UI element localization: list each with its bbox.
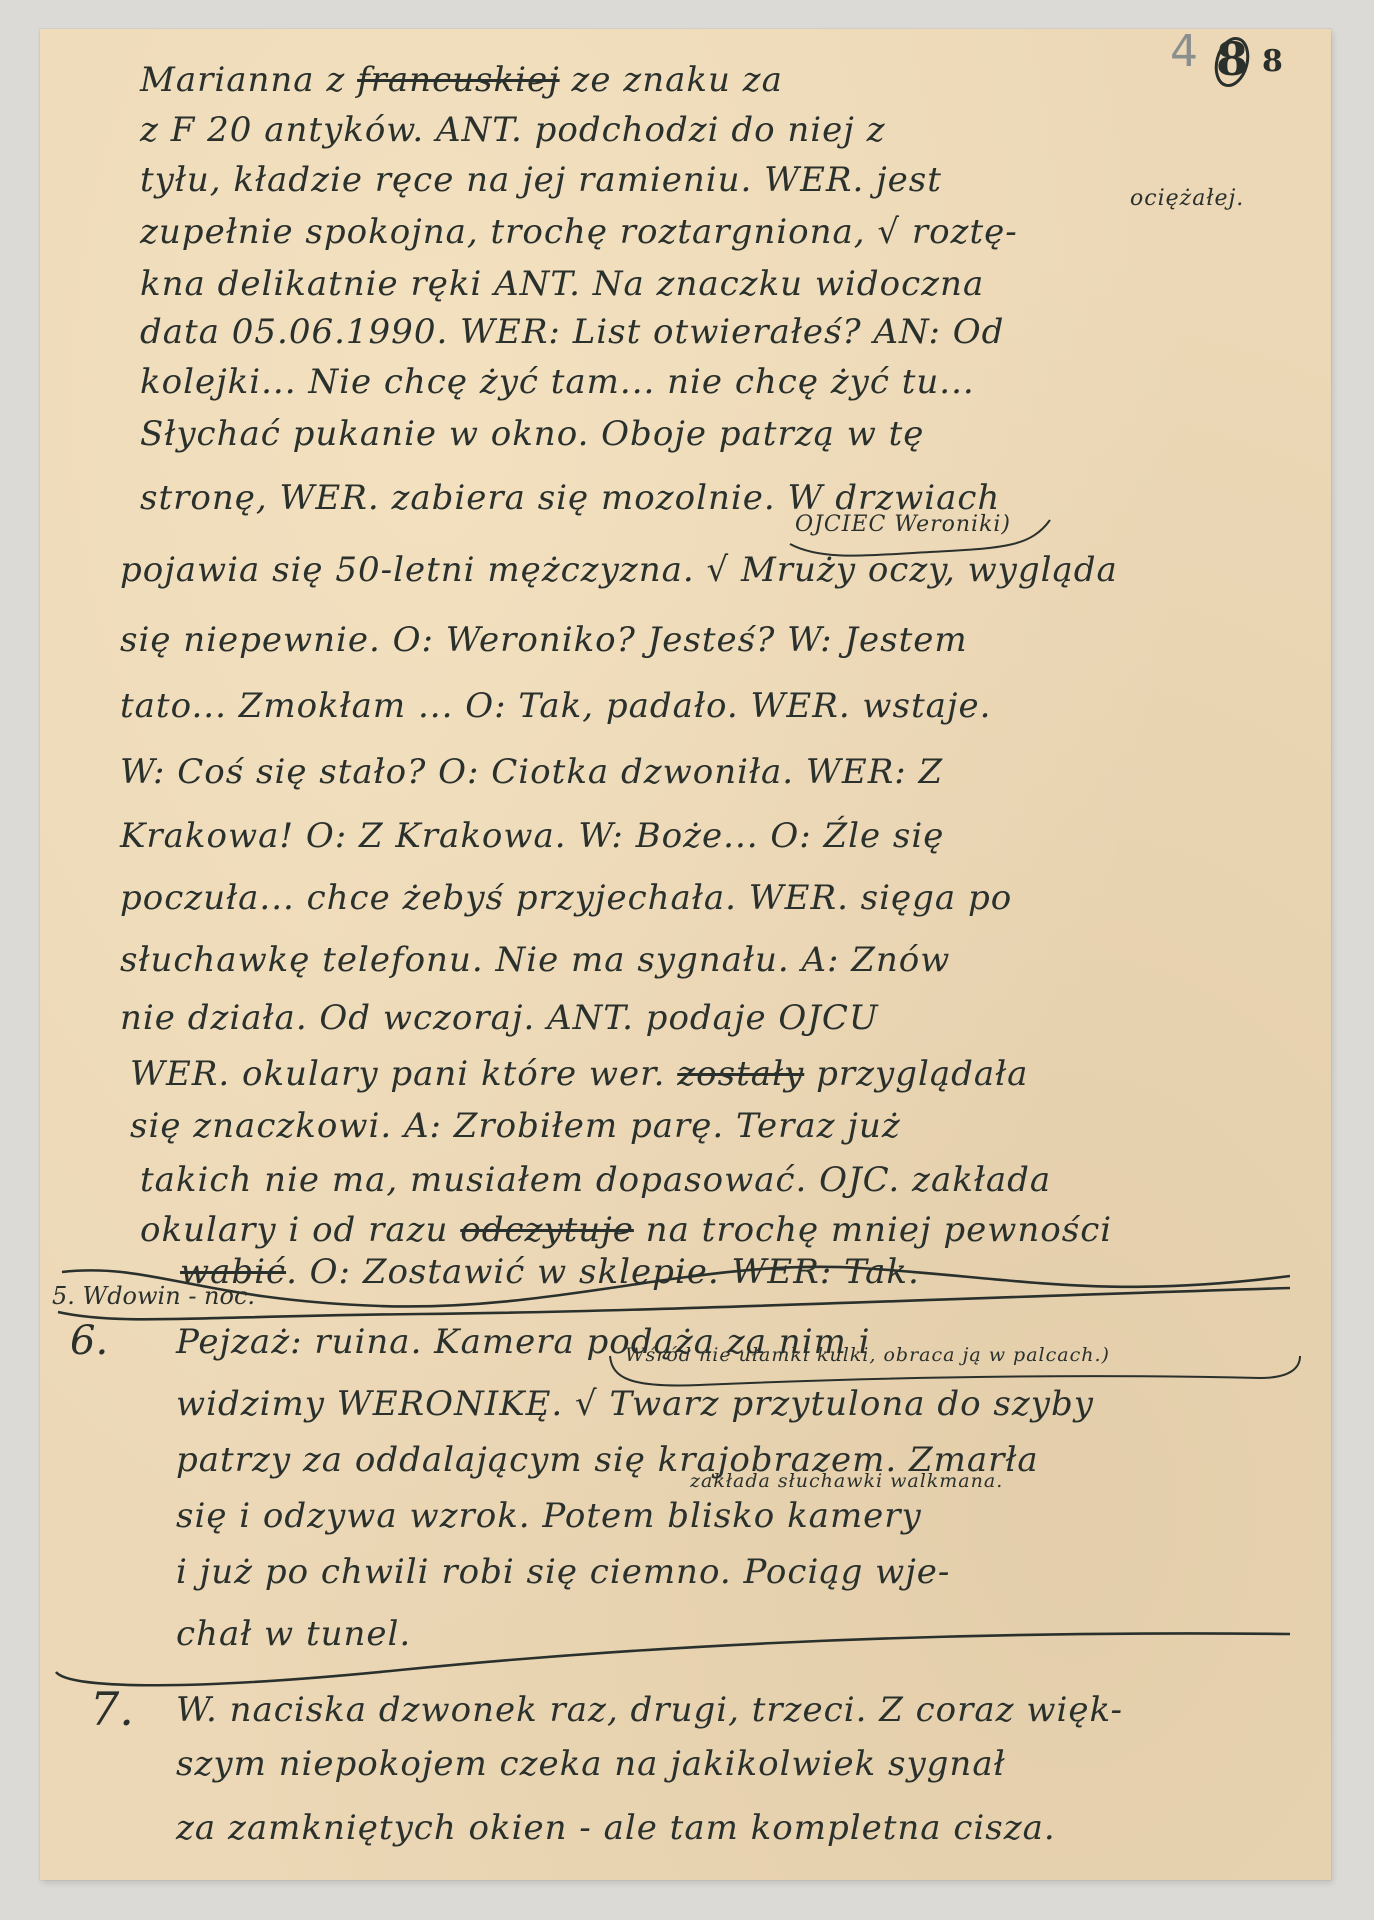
text-line: się i odzywa wzrok. Potem blisko kamery [176,1496,922,1536]
text-line: W. naciska dzwonek raz, drugi, trzeci. Z… [176,1690,1123,1730]
text-line: i już po chwili robi się ciemno. Pociąg … [176,1552,950,1592]
insertion-note: zakłada słuchawki walkmana. [690,1470,1003,1492]
section-number: 6. [70,1318,108,1364]
text-line: widzimy WERONIKĘ. √ Twarz przytulona do … [176,1384,1094,1424]
text-line: szym niepokojem czeka na jakikolwiek syg… [176,1744,1006,1784]
text-line: chał w tunel. [176,1614,411,1654]
margin-note: 5. Wdowin - noc. [52,1282,255,1310]
text-line: za zamkniętych okien - ale tam kompletna… [176,1808,1056,1848]
section-number: 7. [90,1682,134,1736]
insertion-note: Wśród nie ułamki kulki, obraca ją w palc… [625,1344,1110,1366]
